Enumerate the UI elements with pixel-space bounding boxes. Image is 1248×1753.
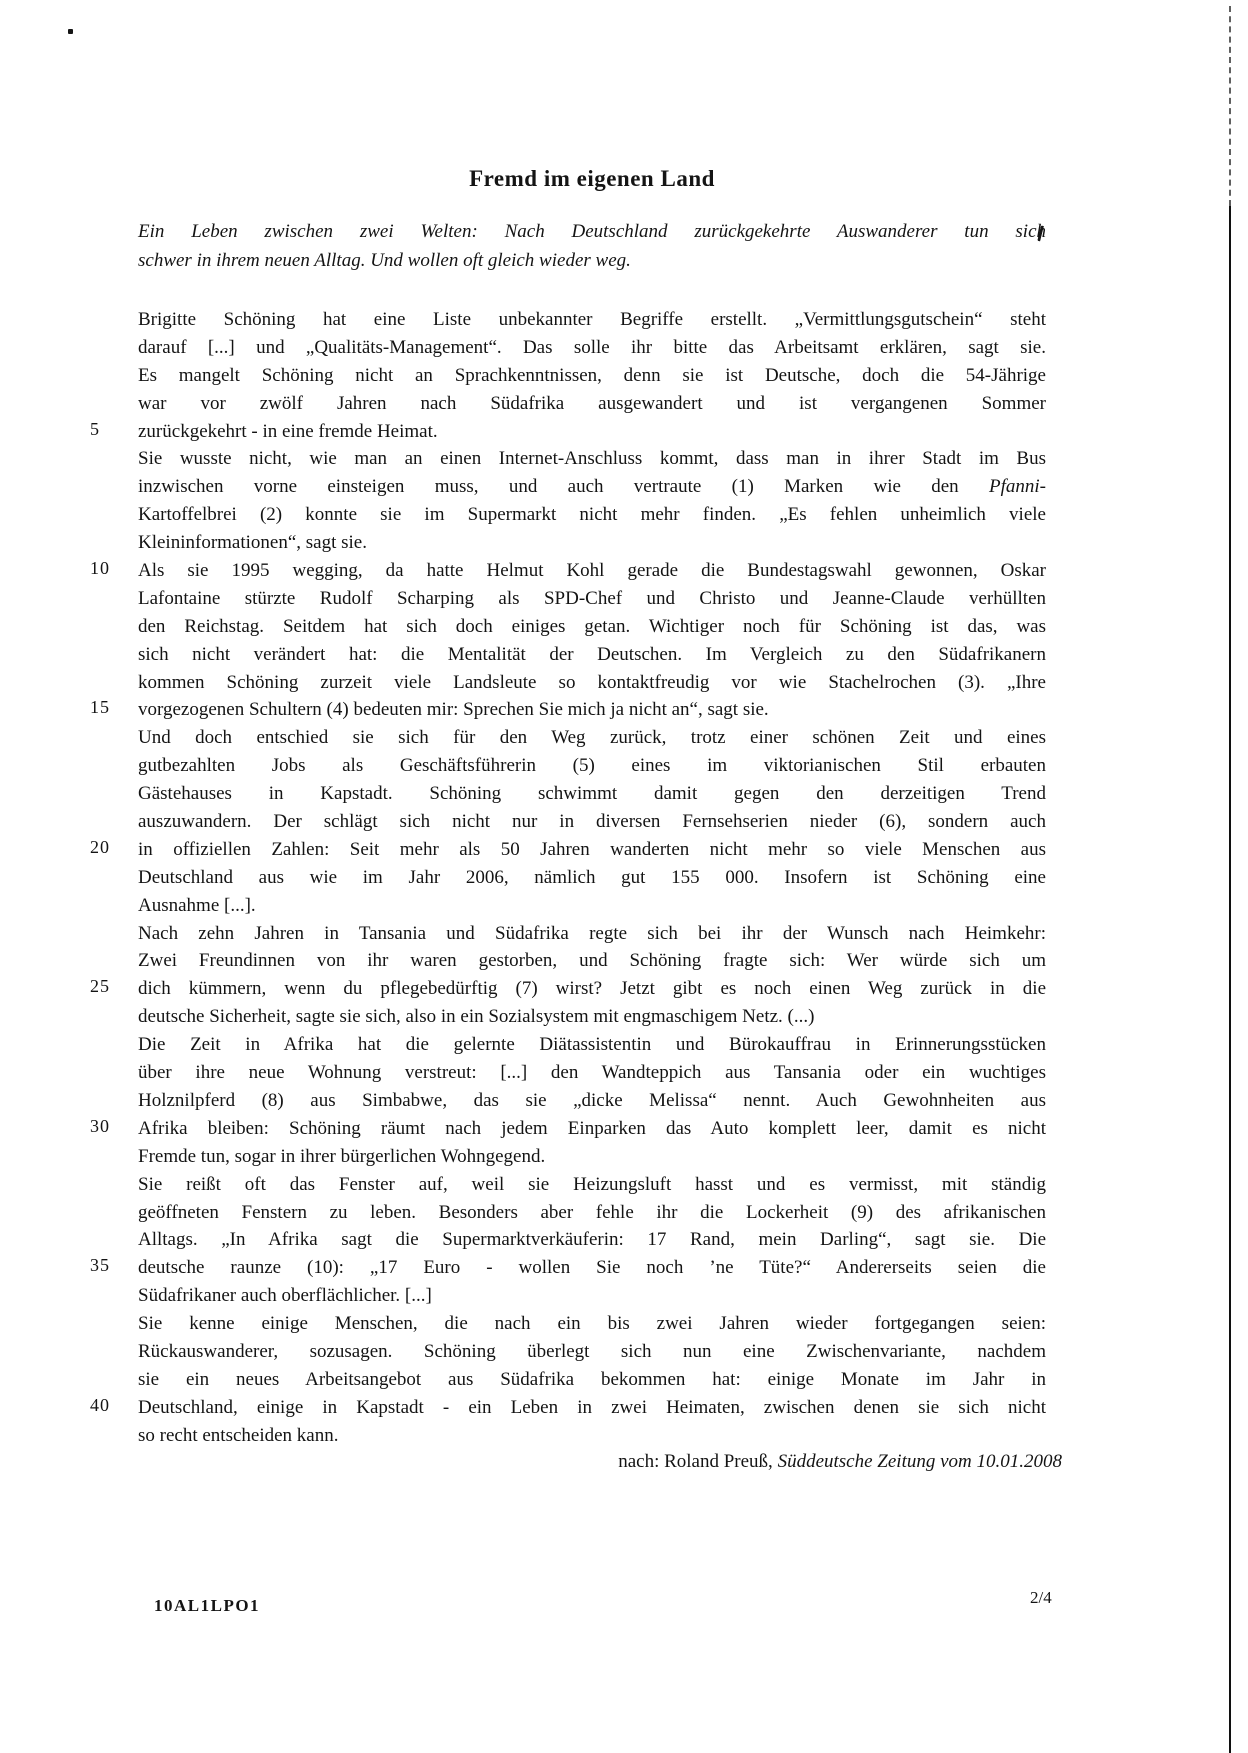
body-lines: Brigitte Schöning hat eine Liste unbekan… [85,306,1046,1450]
text-line: Zwei Freundinnen von ihr waren gestorben… [85,947,1046,975]
line-text: inzwischen vorne einsteigen muss, und au… [138,473,1046,501]
line-text: Nach zehn Jahren in Tansania und Südafri… [138,920,1046,948]
line-number: 15 [90,697,124,718]
text-line: Rückauswanderer, sozusagen. Schöning übe… [85,1338,1046,1366]
text-line: Gästehauses in Kapstadt. Schöning schwim… [85,780,1046,808]
text-line: Deutschland aus wie im Jahr 2006, nämlic… [85,864,1046,892]
lead-line: schwer in ihrem neuen Alltag. Und wollen… [138,246,1046,275]
text-line: Holznilpferd (8) aus Simbabwe, das sie „… [85,1087,1046,1115]
text-line: Die Zeit in Afrika hat die gelernte Diät… [85,1031,1046,1059]
text-line: 5zurückgekehrt - in eine fremde Heimat. [85,418,1046,446]
text-line: inzwischen vorne einsteigen muss, und au… [85,473,1046,501]
text-line: Sie wusste nicht, wie man an einen Inter… [85,445,1046,473]
line-text: Afrika bleiben: Schöning räumt nach jede… [138,1115,1046,1143]
text-line: Nach zehn Jahren in Tansania und Südafri… [85,920,1046,948]
line-text: Kleininformationen“, sagt sie. [138,529,1046,557]
text-line: Sie reißt oft das Fenster auf, weil sie … [85,1171,1046,1199]
text-line: darauf [...] und „Qualitäts-Management“.… [85,334,1046,362]
source-attribution: nach: Roland Preuß, Süddeutsche Zeitung … [138,1451,1062,1473]
line-text: Zwei Freundinnen von ihr waren gestorben… [138,947,1046,975]
line-text: deutsche Sicherheit, sagte sie sich, als… [138,1003,1046,1031]
line-text: Fremde tun, sogar in ihrer bürgerlichen … [138,1143,1046,1171]
text-line: Brigitte Schöning hat eine Liste unbekan… [85,306,1046,334]
line-text: in offiziellen Zahlen: Seit mehr als 50 … [138,836,1046,864]
attribution-prefix: nach: Roland Preuß, [618,1451,777,1472]
line-text: sich nicht verändert hat: die Mentalität… [138,641,1046,669]
line-text: Holznilpferd (8) aus Simbabwe, das sie „… [138,1087,1046,1115]
line-text: Sie kenne einige Menschen, die nach ein … [138,1310,1046,1338]
text-line: auszuwandern. Der schlägt sich nicht nur… [85,808,1046,836]
scan-speck [68,29,73,34]
line-text: Rückauswanderer, sozusagen. Schöning übe… [138,1338,1046,1366]
text-line: war vor zwölf Jahren nach Südafrika ausg… [85,390,1046,418]
line-number: 30 [90,1116,124,1137]
line-text: kommen Schöning zurzeit viele Landsleute… [138,669,1046,697]
footer-doc-code: 10AL1LPO1 [154,1596,260,1616]
line-text: Brigitte Schöning hat eine Liste unbekan… [138,306,1046,334]
text-line: Kartoffelbrei (2) konnte sie im Supermar… [85,501,1046,529]
line-text: über ihre neue Wohnung verstreut: [...] … [138,1059,1046,1087]
line-text: Südafrikaner auch oberflächlicher. [...] [138,1282,1046,1310]
text-line: 20in offiziellen Zahlen: Seit mehr als 5… [85,836,1046,864]
line-text: Kartoffelbrei (2) konnte sie im Supermar… [138,501,1046,529]
line-text: den Reichstag. Seitdem hat sich doch ein… [138,613,1046,641]
line-text: so recht entscheiden kann. [138,1422,1046,1450]
line-text: Sie wusste nicht, wie man an einen Inter… [138,445,1046,473]
text-line: sie ein neues Arbeitsangebot aus Südafri… [85,1366,1046,1394]
scan-edge-line-dashed [1229,6,1231,206]
line-text: zurückgekehrt - in eine fremde Heimat. [138,418,1046,446]
text-line: gutbezahlten Jobs als Geschäftsführerin … [85,752,1046,780]
text-line: deutsche Sicherheit, sagte sie sich, als… [85,1003,1046,1031]
text-line: Ausnahme [...]. [85,892,1046,920]
text-line: kommen Schöning zurzeit viele Landsleute… [85,669,1046,697]
line-number: 5 [90,419,124,440]
text-line: 40Deutschland, einige in Kapstadt - ein … [85,1394,1046,1422]
text-line: Lafontaine stürzte Rudolf Scharping als … [85,585,1046,613]
line-number: 10 [90,558,124,579]
line-text: war vor zwölf Jahren nach Südafrika ausg… [138,390,1046,418]
text-line: Fremde tun, sogar in ihrer bürgerlichen … [85,1143,1046,1171]
text-line: so recht entscheiden kann. [85,1422,1046,1450]
line-text: Ausnahme [...]. [138,892,1046,920]
line-text: Und doch entschied sie sich für den Weg … [138,724,1046,752]
text-line: Es mangelt Schöning nicht an Sprachkennt… [85,362,1046,390]
lead-line: Ein Leben zwischen zwei Welten: Nach Deu… [138,217,1046,246]
line-text: auszuwandern. Der schlägt sich nicht nur… [138,808,1046,836]
line-text: sie ein neues Arbeitsangebot aus Südafri… [138,1366,1046,1394]
text-line: Alltags. „In Afrika sagt die Supermarktv… [85,1226,1046,1254]
line-number: 40 [90,1395,124,1416]
text-line: Kleininformationen“, sagt sie. [85,529,1046,557]
line-text: Sie reißt oft das Fenster auf, weil sie … [138,1171,1046,1199]
text-line: den Reichstag. Seitdem hat sich doch ein… [85,613,1046,641]
text-line: 10Als sie 1995 wegging, da hatte Helmut … [85,557,1046,585]
line-number: 20 [90,837,124,858]
text-line: 35deutsche raunze (10): „17 Euro - wolle… [85,1254,1046,1282]
text-line: Südafrikaner auch oberflächlicher. [...] [85,1282,1046,1310]
line-text: gutbezahlten Jobs als Geschäftsführerin … [138,752,1046,780]
text-line: geöffneten Fenstern zu leben. Besonders … [85,1199,1046,1227]
text-line: 30Afrika bleiben: Schöning räumt nach je… [85,1115,1046,1143]
attribution-source: Süddeutsche Zeitung vom 10.01.2008 [778,1451,1062,1472]
line-text: Gästehauses in Kapstadt. Schöning schwim… [138,780,1046,808]
line-text: Als sie 1995 wegging, da hatte Helmut Ko… [138,557,1046,585]
text-line: sich nicht verändert hat: die Mentalität… [85,641,1046,669]
text-line: über ihre neue Wohnung verstreut: [...] … [85,1059,1046,1087]
line-text: vorgezogenen Schultern (4) bedeuten mir:… [138,696,1046,724]
text-line: 25dich kümmern, wenn du pflegebedürftig … [85,975,1046,1003]
line-text: geöffneten Fenstern zu leben. Besonders … [138,1199,1046,1227]
line-text: Deutschland, einige in Kapstadt - ein Le… [138,1394,1046,1422]
line-text: Deutschland aus wie im Jahr 2006, nämlic… [138,864,1046,892]
text-line: Und doch entschied sie sich für den Weg … [85,724,1046,752]
line-text: darauf [...] und „Qualitäts-Management“.… [138,334,1046,362]
text-line: 15vorgezogenen Schultern (4) bedeuten mi… [85,696,1046,724]
line-text: Lafontaine stürzte Rudolf Scharping als … [138,585,1046,613]
lead-paragraph: Ein Leben zwischen zwei Welten: Nach Deu… [138,217,1046,275]
scan-edge-line [1229,206,1231,1753]
line-text: Die Zeit in Afrika hat die gelernte Diät… [138,1031,1046,1059]
line-text: Es mangelt Schöning nicht an Sprachkennt… [138,362,1046,390]
page-title: Fremd im eigenen Land [138,166,1046,192]
line-text: dich kümmern, wenn du pflegebedürftig (7… [138,975,1046,1003]
scanned-document-page: Fremd im eigenen Land Ein Leben zwischen… [0,0,1248,1753]
line-text: Alltags. „In Afrika sagt die Supermarktv… [138,1226,1046,1254]
text-line: Sie kenne einige Menschen, die nach ein … [85,1310,1046,1338]
line-number: 35 [90,1255,124,1276]
line-number: 25 [90,976,124,997]
line-text: deutsche raunze (10): „17 Euro - wollen … [138,1254,1046,1282]
footer-page-number: 2/4 [1030,1588,1052,1608]
